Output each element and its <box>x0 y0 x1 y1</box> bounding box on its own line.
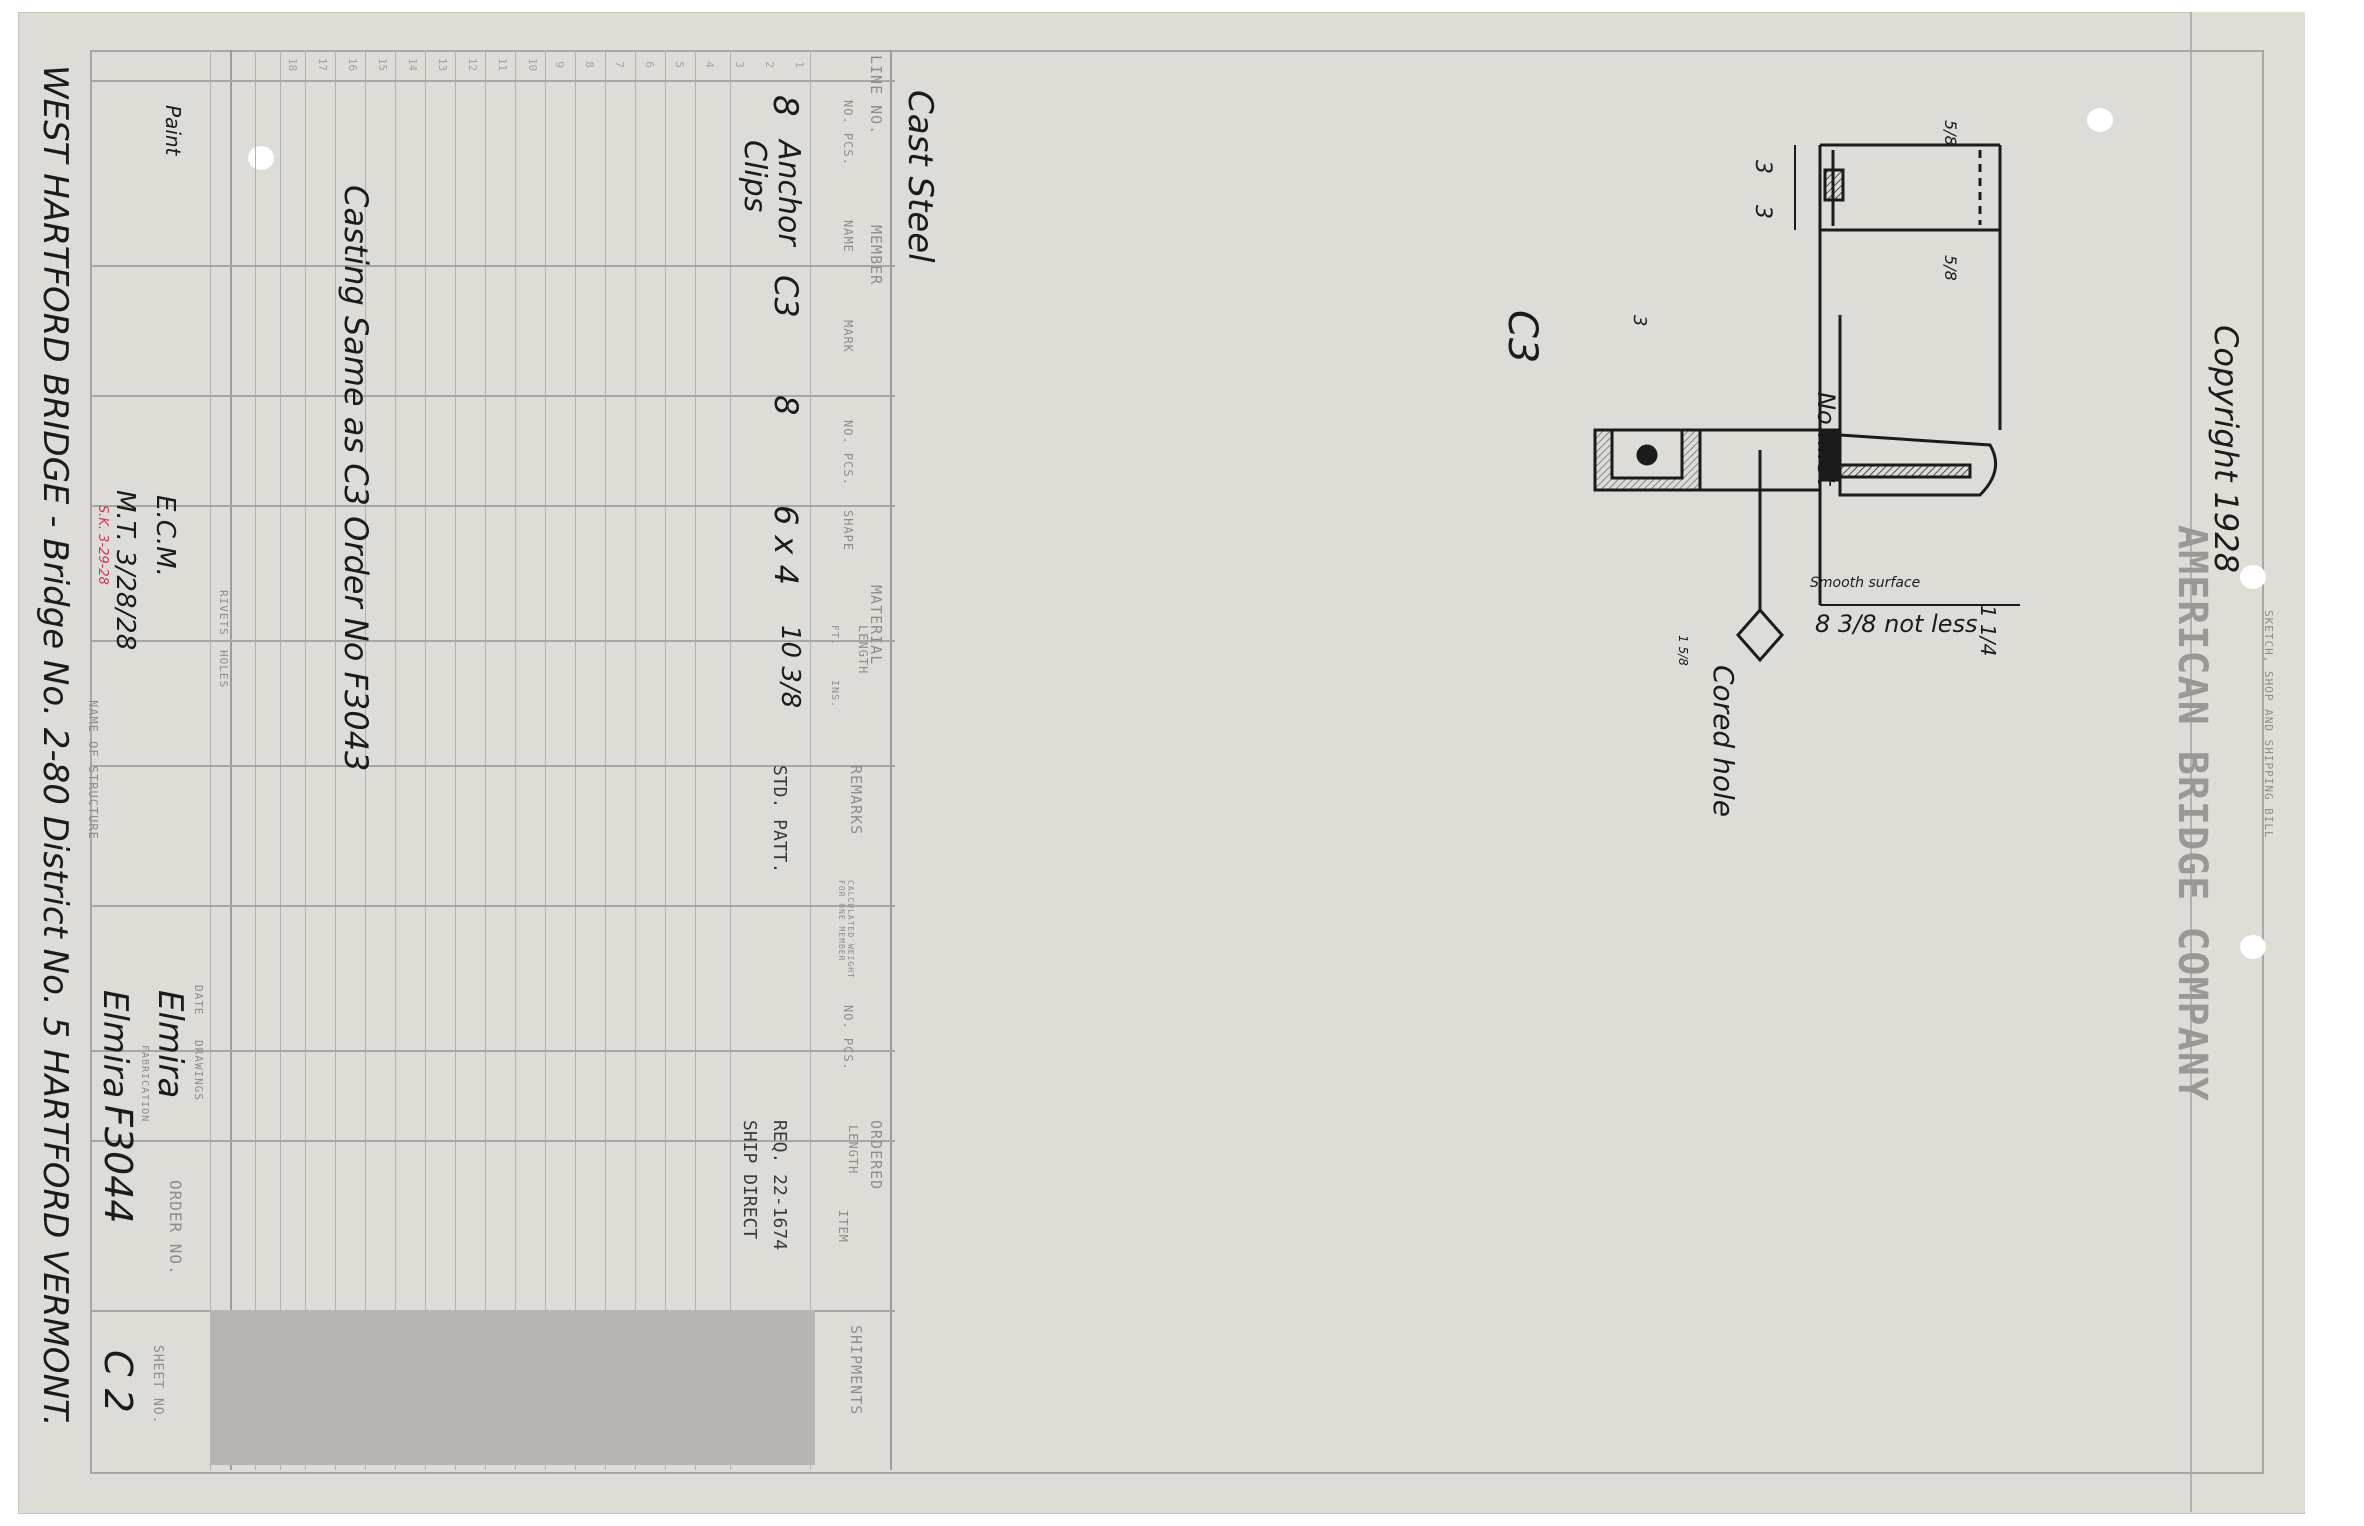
label-holes: HOLES <box>217 650 230 688</box>
grid-line <box>335 50 336 1470</box>
grid-line <box>810 50 811 1470</box>
row-mark: C3 <box>767 275 805 318</box>
line-number: 10 <box>526 58 539 71</box>
grid-line <box>605 50 606 1470</box>
header-rule <box>90 80 895 82</box>
header-ordered: ORDERED <box>867 1120 885 1190</box>
grid-line <box>665 50 666 1470</box>
paint-note: Paint <box>161 105 185 155</box>
grid-line <box>485 50 486 1470</box>
line-number: 9 <box>553 61 566 68</box>
grid-line <box>230 50 232 1470</box>
casting-note: Casting Same as C3 Order No F3043 <box>337 185 375 771</box>
header-no-pcs: NO. PCS. <box>841 100 855 166</box>
header-material-no-pcs: NO. PCS. <box>841 420 855 486</box>
drawings-location: Elmira <box>95 990 135 1098</box>
grid-line <box>425 50 426 1470</box>
header-ins: INS. <box>829 680 840 708</box>
column-rule <box>90 1050 895 1052</box>
header-ordered-length: LENGTH <box>846 1125 860 1174</box>
dimension-5-8-bottom: 5/8 <box>1941 255 1960 281</box>
row-remarks: STD. PATT. <box>769 765 790 873</box>
sketch-mark-label: C3 <box>1499 310 1545 363</box>
header-ft: FT. <box>829 625 840 646</box>
label-name-of-structure: NAME OF STRUCTURE <box>86 700 100 840</box>
label-drawings: DRAWINGS <box>192 1040 205 1101</box>
line-number: 17 <box>316 58 329 71</box>
line-number: 3 <box>733 61 746 68</box>
line-number: 2 <box>763 61 776 68</box>
label-rivets: RIVETS <box>217 590 230 636</box>
row-ordered-requisition: REQ. 22-1674 <box>769 1120 790 1250</box>
line-number: 5 <box>673 61 686 68</box>
checked-by: M.T. 3/28/28 <box>110 490 140 650</box>
line-number: 12 <box>466 58 479 71</box>
no-fillet-note: No fillet <box>1812 392 1840 485</box>
dimension-3-box: 3 <box>1629 315 1650 326</box>
grid-line <box>890 50 892 1470</box>
header-item: ITEM <box>836 1210 850 1243</box>
header-remarks: REMARKS <box>847 765 865 835</box>
grid-line <box>515 50 516 1470</box>
row-length-ins: 10 3/8 <box>775 625 805 708</box>
row-shape: 6 x 4 <box>767 505 805 585</box>
grid-line <box>545 50 546 1470</box>
smooth-surface-note: Smooth surface <box>1810 575 1920 591</box>
label-order-no: ORDER NO. <box>166 1180 185 1276</box>
row-ordered-note: SHIP DIRECT <box>739 1120 760 1239</box>
grid-line <box>280 50 281 1470</box>
dimension-1-1-4: 1 1/4 <box>1976 605 2000 656</box>
dimension-3-bottom: 3 <box>1750 205 1775 219</box>
dimension-5-8-top: 5/8 <box>1941 120 1960 146</box>
grid-line <box>255 50 256 1470</box>
header-member: MEMBER <box>867 225 885 285</box>
header-ordered-no-pcs: NO. PCS. <box>841 1005 855 1071</box>
grid-line <box>395 50 396 1470</box>
company-name: AMERICAN BRIDGE COMPANY <box>2169 525 2215 1102</box>
line-number: 1 <box>793 61 806 68</box>
line-number: 15 <box>376 58 389 71</box>
row-no-pcs: 8 <box>765 95 805 117</box>
header-length: LENGTH <box>856 625 870 674</box>
header-mark: MARK <box>841 320 855 353</box>
shipments-shaded-block <box>210 1310 815 1465</box>
label-fabrication: FABRICATION <box>139 1045 150 1122</box>
line-number: 11 <box>496 58 509 71</box>
header-shape: SHAPE <box>841 510 855 551</box>
row-material-no-pcs: 8 <box>767 395 805 415</box>
sheet-number: C 2 <box>96 1350 140 1413</box>
line-number: 13 <box>436 58 449 71</box>
dimension-8-3-8: 8 3/8 not less <box>1815 610 1978 638</box>
line-number: 14 <box>406 58 419 71</box>
punch-hole <box>2240 935 2266 959</box>
grid-line <box>455 50 456 1470</box>
dimension-3-top: 3 <box>1750 160 1775 174</box>
line-number: 4 <box>703 61 716 68</box>
structure-name: WEST HARTFORD BRIDGE - Bridge No. 2-80 D… <box>35 65 75 1427</box>
grid-line <box>210 50 211 1470</box>
fabrication-shop: Elmira <box>150 990 190 1098</box>
label-sheet-no: SHEET NO. <box>150 1345 165 1424</box>
cored-hole-note: Cored hole <box>1707 665 1740 817</box>
line-number: 18 <box>286 58 299 71</box>
grid-line <box>730 50 731 1470</box>
made-by: E.C.M. <box>150 495 180 577</box>
line-number: 7 <box>613 61 626 68</box>
form-label: SKETCH, SHOP AND SHIPPING BILL <box>2262 610 2275 839</box>
grid-line <box>635 50 636 1470</box>
grid-line <box>695 50 696 1470</box>
red-check-initials: S.K. 3-29-28 <box>95 505 110 585</box>
line-number: 16 <box>346 58 359 71</box>
column-rule <box>90 905 895 907</box>
grid-line <box>305 50 306 1470</box>
header-name: NAME <box>841 220 855 253</box>
material-heading: Cast Steel <box>900 90 940 263</box>
header-calculated-weight: CALCULATED WEIGHT FOR ONE MEMBER <box>837 880 855 980</box>
label-date: DATE <box>192 985 205 1016</box>
line-number: 8 <box>583 61 596 68</box>
punch-hole <box>2087 108 2113 132</box>
header-shipments: SHIPMENTS <box>847 1325 865 1415</box>
hole-size: 1 5/8 <box>1676 635 1690 666</box>
header-line-no: LINE NO. <box>867 55 885 135</box>
grid-line <box>575 50 576 1470</box>
order-number: F3044 <box>96 1105 140 1224</box>
line-number: 6 <box>643 61 656 68</box>
